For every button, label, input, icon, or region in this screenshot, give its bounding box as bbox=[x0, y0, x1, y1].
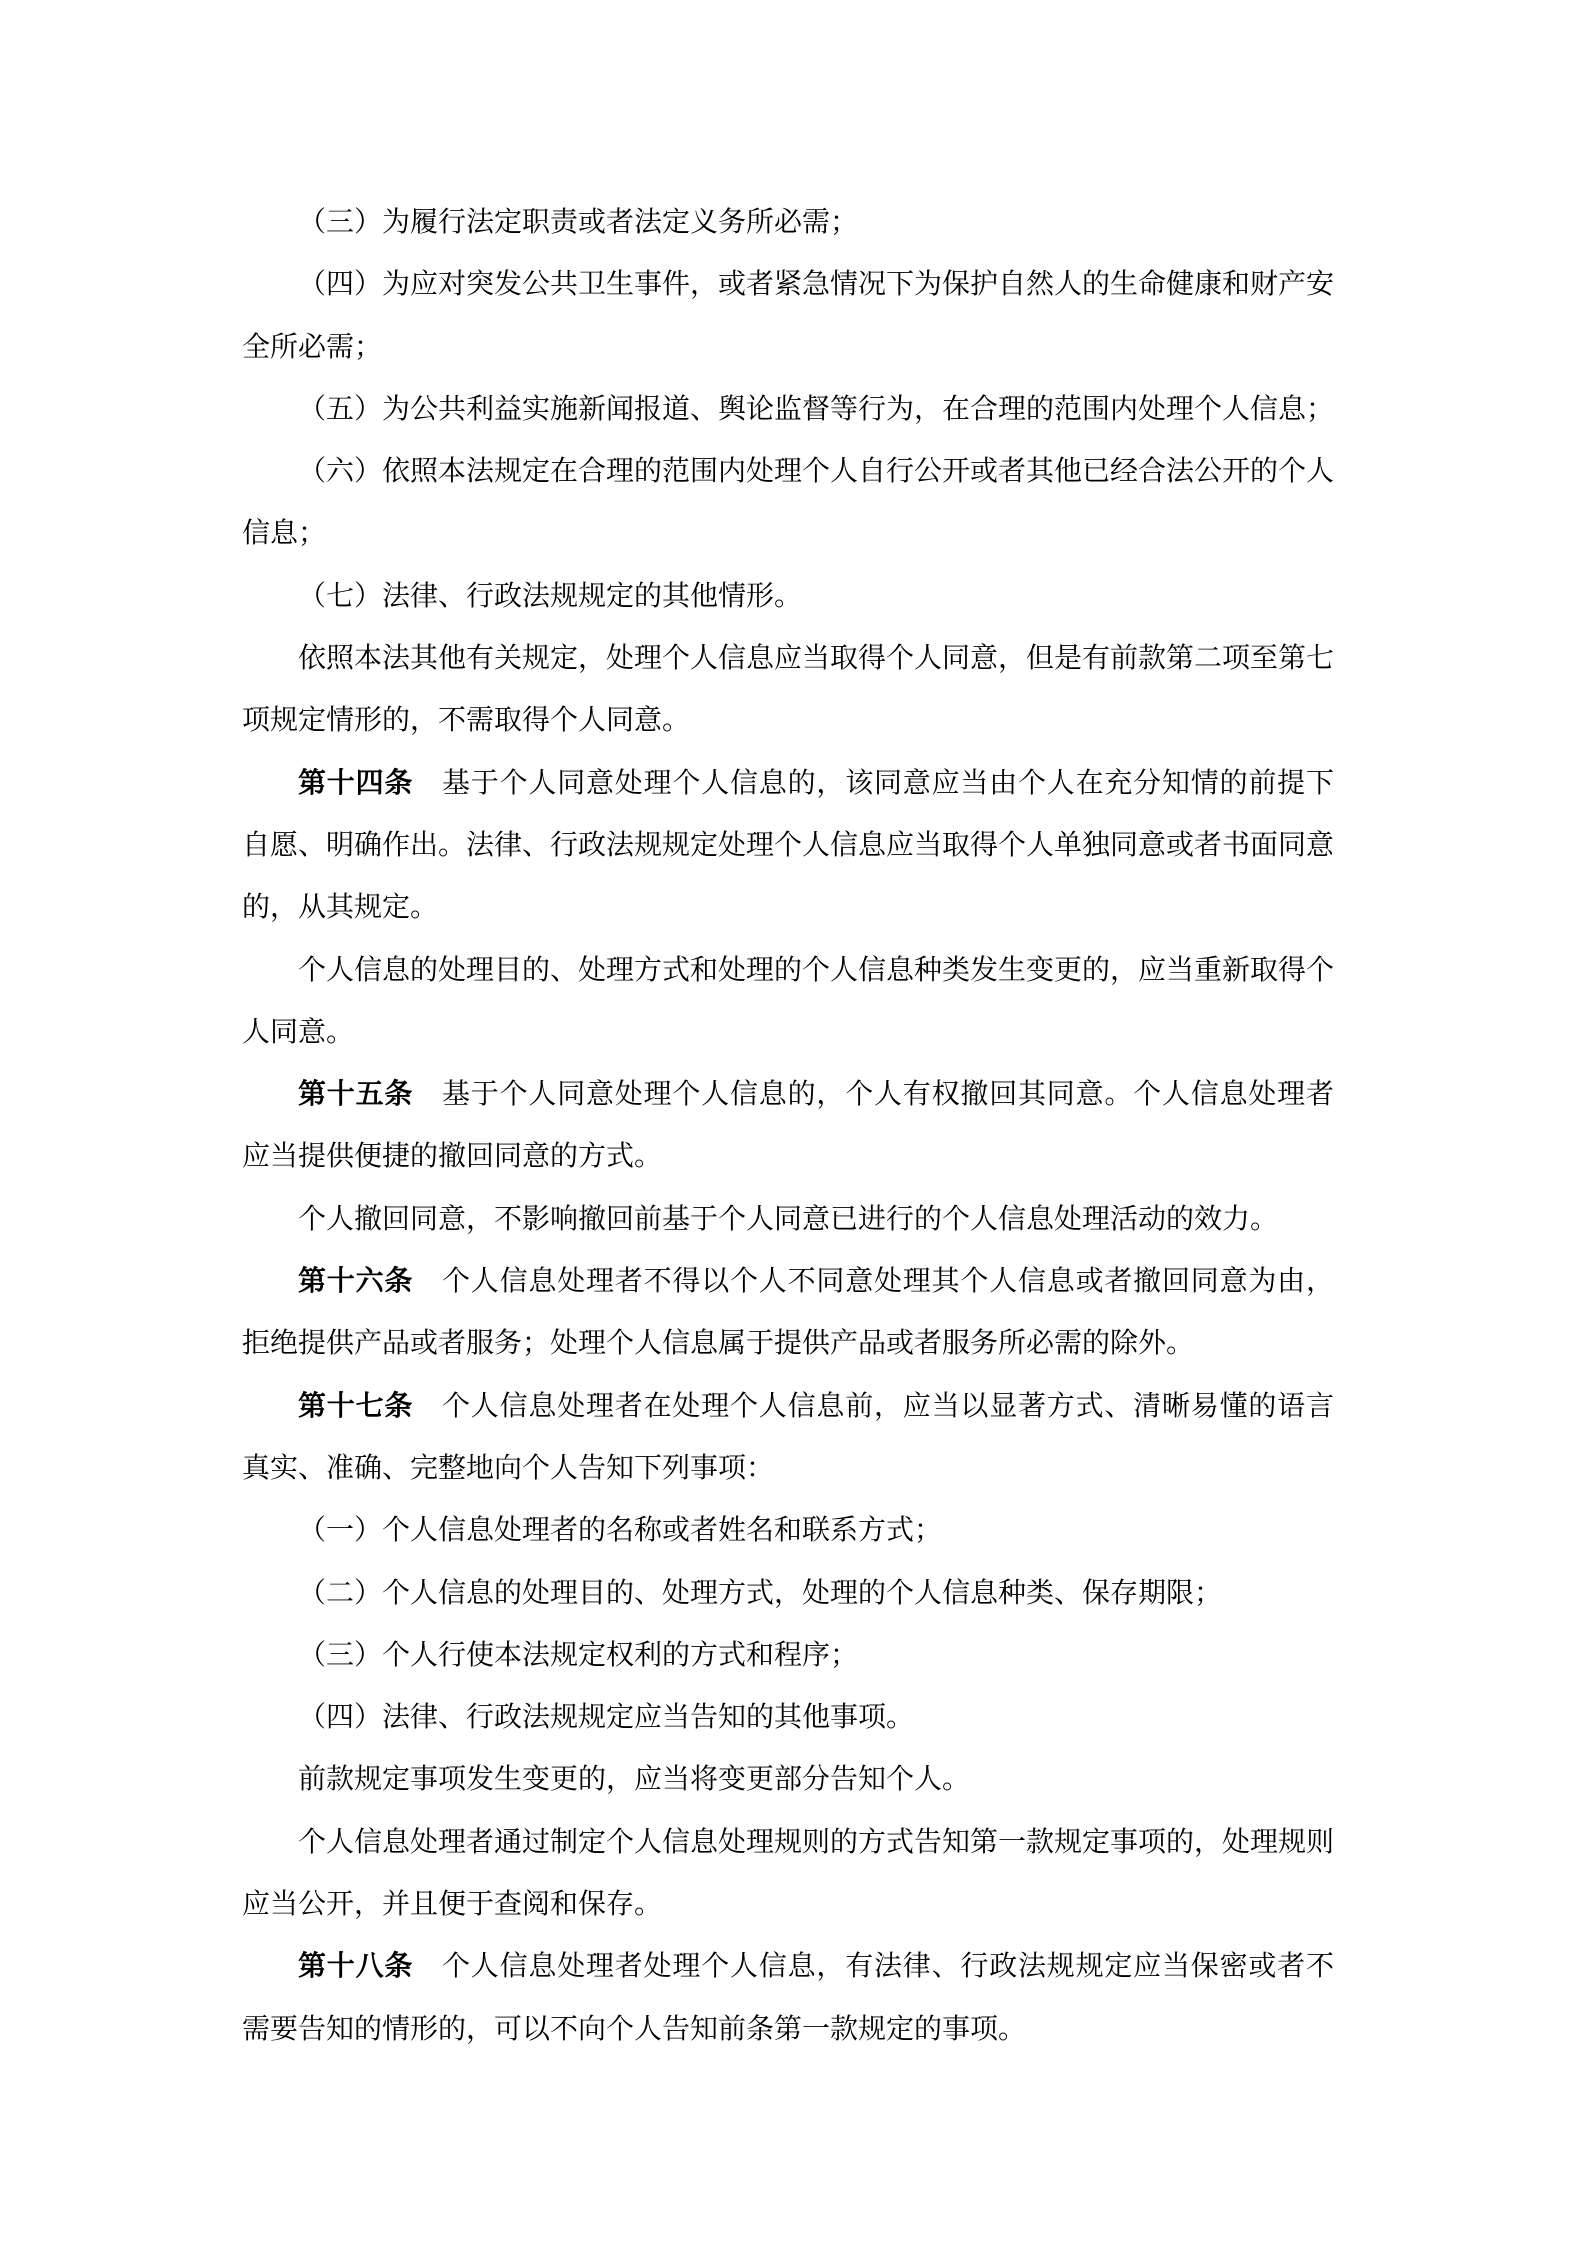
paragraph: （一）个人信息处理者的名称或者姓名和联系方式； bbox=[242, 1500, 1334, 1562]
paragraph: 第十八条 个人信息处理者处理个人信息，有法律、行政法规规定应当保密或者不需要告知… bbox=[242, 1936, 1334, 2061]
paragraph: 依照本法其他有关规定，处理个人信息应当取得个人同意，但是有前款第二项至第七项规定… bbox=[242, 628, 1334, 753]
article-number: 第十八条 bbox=[298, 1951, 413, 1982]
paragraph: （六）依照本法规定在合理的范围内处理个人自行公开或者其他已经合法公开的个人信息； bbox=[242, 441, 1334, 566]
paragraph: 第十五条 基于个人同意处理个人信息的，个人有权撤回其同意。个人信息处理者应当提供… bbox=[242, 1064, 1334, 1189]
paragraph: （七）法律、行政法规规定的其他情形。 bbox=[242, 566, 1334, 628]
document-body: （三）为履行法定职责或者法定义务所必需；（四）为应对突发公共卫生事件，或者紧急情… bbox=[242, 192, 1334, 2061]
paragraph: 第十七条 个人信息处理者在处理个人信息前，应当以显著方式、清晰易懂的语言真实、准… bbox=[242, 1376, 1334, 1501]
paragraph: 个人撤回同意，不影响撤回前基于个人同意已进行的个人信息处理活动的效力。 bbox=[242, 1189, 1334, 1251]
paragraph: 第十六条 个人信息处理者不得以个人不同意处理其个人信息或者撤回同意为由，拒绝提供… bbox=[242, 1251, 1334, 1376]
article-number: 第十七条 bbox=[298, 1391, 413, 1422]
paragraph: （二）个人信息的处理目的、处理方式，处理的个人信息种类、保存期限； bbox=[242, 1563, 1334, 1625]
paragraph: （四）为应对突发公共卫生事件，或者紧急情况下为保护自然人的生命健康和财产安全所必… bbox=[242, 254, 1334, 379]
paragraph: 个人信息的处理目的、处理方式和处理的个人信息种类发生变更的，应当重新取得个人同意… bbox=[242, 940, 1334, 1065]
paragraph: （五）为公共利益实施新闻报道、舆论监督等行为，在合理的范围内处理个人信息； bbox=[242, 379, 1334, 441]
paragraph: （三）为履行法定职责或者法定义务所必需； bbox=[242, 192, 1334, 254]
paragraph: 第十四条 基于个人同意处理个人信息的，该同意应当由个人在充分知情的前提下自愿、明… bbox=[242, 753, 1334, 940]
paragraph: 前款规定事项发生变更的，应当将变更部分告知个人。 bbox=[242, 1749, 1334, 1811]
paragraph: （四）法律、行政法规规定应当告知的其他事项。 bbox=[242, 1687, 1334, 1749]
paragraph: 个人信息处理者通过制定个人信息处理规则的方式告知第一款规定事项的，处理规则应当公… bbox=[242, 1812, 1334, 1937]
article-number: 第十四条 bbox=[298, 768, 413, 799]
paragraph: （三）个人行使本法规定权利的方式和程序； bbox=[242, 1625, 1334, 1687]
article-number: 第十六条 bbox=[298, 1266, 413, 1297]
article-number: 第十五条 bbox=[298, 1079, 413, 1110]
document-page: （三）为履行法定职责或者法定义务所必需；（四）为应对突发公共卫生事件，或者紧急情… bbox=[0, 0, 1586, 2244]
